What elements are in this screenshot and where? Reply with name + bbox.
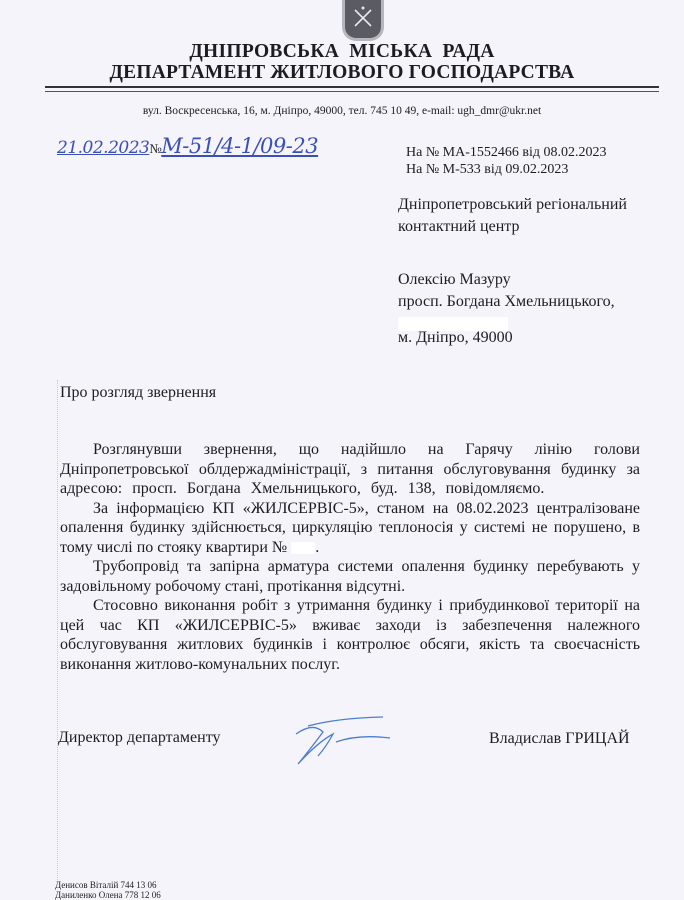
signatory-name: Владислав ГРИЦАЙ: [489, 730, 630, 748]
registration-date: 21.02.2023: [57, 138, 149, 158]
org-name: ДНІПРОВСЬКА МІСЬКА РАДА: [0, 41, 684, 63]
addressee-city: м. Дніпро, 49000: [398, 329, 513, 347]
header-rule: [45, 86, 659, 88]
letter-page: ДНІПРОВСЬКА МІСЬКА РАДА ДЕПАРТАМЕНТ ЖИТЛ…: [0, 0, 684, 900]
reference-line: На № МА-1552466 від 08.02.2023: [406, 144, 607, 161]
recipient-block: Дніпропетровський регіональний контактни…: [398, 194, 627, 238]
body-paragraph: Розглянувши звернення, що надійшло на Га…: [60, 440, 640, 499]
coat-of-arms-emblem: [342, 0, 384, 41]
contact-line: Даниленко Олена 778 12 06: [55, 890, 161, 900]
executors-contacts: Денисов Віталій 744 13 06 Даниленко Олен…: [55, 880, 161, 900]
body-paragraph: Трубопровід та запірна арматура системи …: [60, 557, 640, 596]
addressee-street: просп. Богдана Хмельницького,: [398, 291, 615, 313]
recipient-line: Дніпропетровський регіональний: [398, 194, 627, 216]
registration-stamp: 21.02.2023№М-51/4-1/09-23: [57, 134, 318, 158]
scan-margin-line: [57, 380, 59, 880]
body-paragraph: За інформацією КП «ЖИЛСЕРВІС-5», станом …: [60, 499, 640, 558]
body-paragraph: Стосовно виконання робіт з утримання буд…: [60, 596, 640, 674]
contact-line: Денисов Віталій 744 13 06: [55, 880, 161, 890]
letter-subject: Про розгляд звернення: [60, 384, 216, 402]
signatory-role: Директор департаменту: [58, 729, 220, 747]
reference-line: На № М-533 від 09.02.2023: [406, 161, 607, 178]
handwritten-signature: [288, 712, 398, 772]
number-sign: №: [149, 141, 161, 156]
header-rule-thin: [45, 91, 659, 92]
department-name: ДЕПАРТАМЕНТ ЖИТЛОВОГО ГОСПОДАРСТВА: [0, 62, 684, 84]
org-address: вул. Воскресенська, 16, м. Дніпро, 49000…: [0, 105, 684, 117]
redacted-text: [291, 542, 315, 554]
reference-numbers: На № МА-1552466 від 08.02.2023 На № М-53…: [406, 144, 607, 178]
letter-body: Розглянувши звернення, що надійшло на Га…: [60, 440, 640, 674]
body-text: За інформацією КП «ЖИЛСЕРВІС-5», станом …: [60, 500, 640, 556]
recipient-line: контактний центр: [398, 216, 627, 238]
addressee-name: Олексію Мазуру: [398, 269, 615, 291]
body-text: .: [315, 539, 319, 556]
addressee-block: Олексію Мазуру просп. Богдана Хмельницьк…: [398, 269, 615, 335]
registration-number: М-51/4-1/09-23: [161, 134, 318, 158]
